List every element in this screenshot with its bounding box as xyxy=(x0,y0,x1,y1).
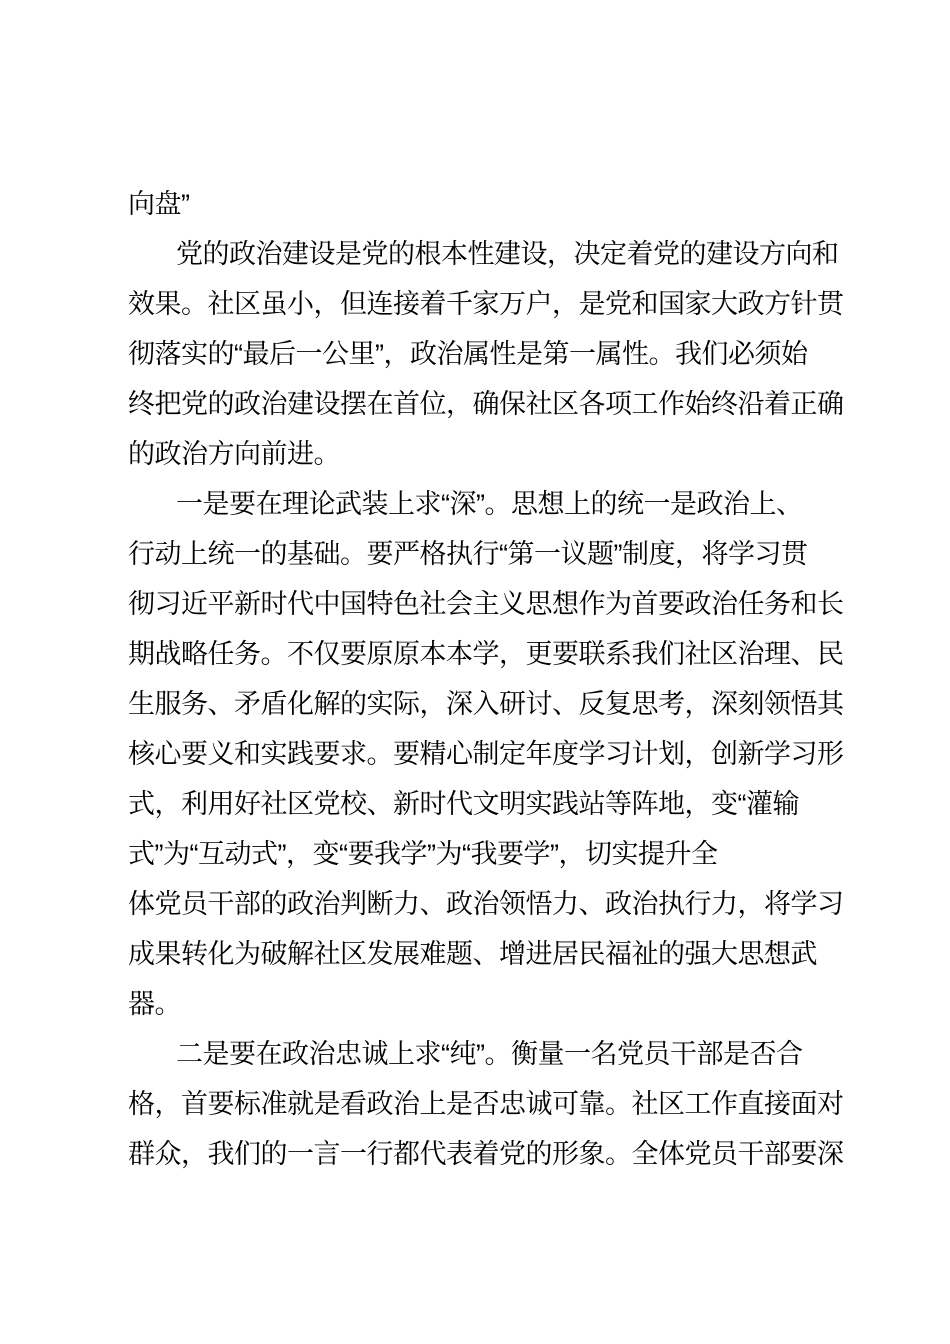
text-line: 彻习近平新时代中国特色社会主义思想作为首要政治任务和长 xyxy=(128,579,844,629)
text-line: 的政治方向前进。 xyxy=(128,429,844,479)
text-line: 核心要义和实践要求。要精心制定年度学习计划，创新学习形 xyxy=(128,729,844,779)
document-page: 向盘”党的政治建设是党的根本性建设，决定着党的建设方向和效果。社区虽小，但连接着… xyxy=(0,0,950,1344)
text-line: 一是要在理论武装上求“深”。思想上的统一是政治上、 xyxy=(128,479,844,529)
text-line: 器。 xyxy=(128,979,844,1029)
text-line: 体党员干部的政治判断力、政治领悟力、政治执行力，将学习 xyxy=(128,879,844,929)
text-line: 效果。社区虽小，但连接着千家万户，是党和国家大政方针贯 xyxy=(128,279,844,329)
text-line: 生服务、矛盾化解的实际，深入研讨、反复思考，深刻领悟其 xyxy=(128,679,844,729)
document-text-block: 向盘”党的政治建设是党的根本性建设，决定着党的建设方向和效果。社区虽小，但连接着… xyxy=(128,179,844,1179)
text-line: 向盘” xyxy=(128,179,844,229)
text-line: 二是要在政治忠诚上求“纯”。衡量一名党员干部是否合 xyxy=(128,1029,844,1079)
text-line: 群众，我们的一言一行都代表着党的形象。全体党员干部要深 xyxy=(128,1129,844,1179)
text-line: 党的政治建设是党的根本性建设，决定着党的建设方向和 xyxy=(128,229,844,279)
text-line: 行动上统一的基础。要严格执行“第一议题”制度，将学习贯 xyxy=(128,529,844,579)
text-line: 式，利用好社区党校、新时代文明实践站等阵地，变“灌输 xyxy=(128,779,844,829)
text-line: 彻落实的“最后一公里”，政治属性是第一属性。我们必须始 xyxy=(128,329,844,379)
text-line: 成果转化为破解社区发展难题、增进居民福祉的强大思想武 xyxy=(128,929,844,979)
text-line: 终把党的政治建设摆在首位，确保社区各项工作始终沿着正确 xyxy=(128,379,844,429)
text-line: 期战略任务。不仅要原原本本学，更要联系我们社区治理、民 xyxy=(128,629,844,679)
text-line: 格，首要标准就是看政治上是否忠诚可靠。社区工作直接面对 xyxy=(128,1079,844,1129)
text-line: 式”为“互动式”，变“要我学”为“我要学”，切实提升全 xyxy=(128,829,844,879)
